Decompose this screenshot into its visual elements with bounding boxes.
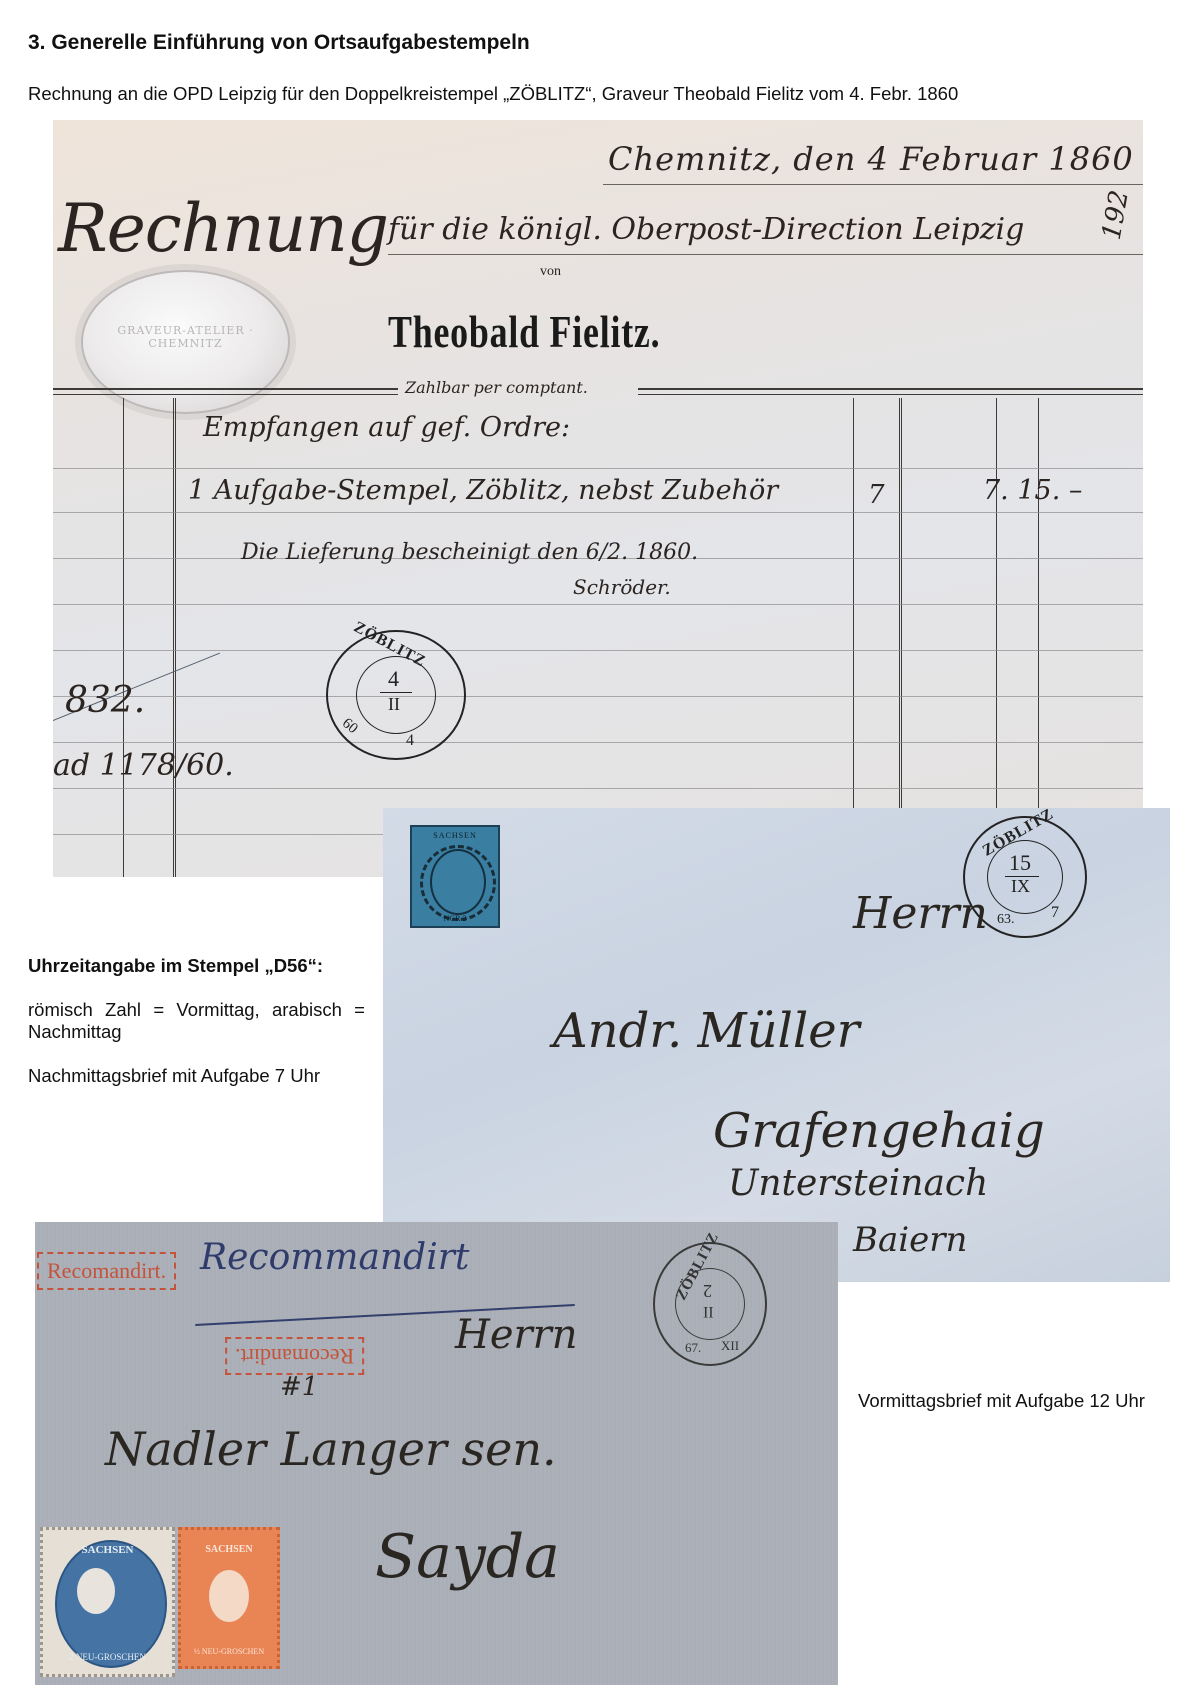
invoice-place-date: Chemnitz, den 4 Februar 1860: [608, 140, 1134, 178]
ledger-column-line: [899, 398, 900, 877]
letter-morning: Recomandirt. Recomandirt. Recommandirt H…: [35, 1222, 838, 1685]
postmark-year: 63.: [997, 912, 1015, 928]
postmark-zoeblitz-1860: ZÖBLITZ 4 II 60 4: [326, 630, 466, 760]
ledger-row-line: [53, 650, 1143, 651]
address-city: Sayda: [375, 1522, 560, 1592]
ledger-row-line: [53, 512, 1143, 513]
stamp-cancellation: [420, 845, 496, 921]
stamp-value: NGR 2: [412, 914, 498, 923]
invoice-recipient: für die königl. Oberpost-Direction Leipz…: [388, 212, 1024, 247]
address-state: Baiern: [853, 1220, 967, 1260]
invoice-signature: Schröder.: [573, 575, 671, 599]
invoice-amount-thaler: 7: [868, 480, 885, 510]
description-rule: römisch Zahl = Vormittag, arabisch = Nac…: [28, 999, 365, 1043]
registered-label-inverted: Recomandirt.: [225, 1337, 364, 1375]
invoice-reference-number: 192: [1097, 188, 1135, 242]
postmark-day: 2: [703, 1280, 712, 1301]
ledger-row-line: [53, 604, 1143, 605]
ledger-column-line: [853, 398, 854, 877]
ledger-column-line: [1038, 398, 1039, 877]
ledger-column-line: [901, 398, 902, 877]
stamp-value: ½ NEU-GROSCHEN: [181, 1647, 277, 1656]
registered-label: Recomandirt.: [37, 1252, 176, 1290]
description-caption: Nachmittagsbrief mit Aufgabe 7 Uhr: [28, 1065, 365, 1087]
stamp-saxony-half-ngr: SACHSEN ½ NEU-GROSCHEN: [178, 1527, 280, 1669]
payable-row: Zahlbar per comptant.: [53, 382, 1143, 398]
postmark-hour: XII: [721, 1338, 739, 1354]
invoice-note-reference: ad 1178/60.: [53, 748, 234, 783]
invoice-from-label: von: [540, 264, 561, 280]
handwritten-mark: #1: [280, 1372, 318, 1402]
address-region: Untersteinach: [728, 1163, 988, 1204]
invoice-document: Chemnitz, den 4 Februar 1860 Rechnung fü…: [53, 120, 1143, 877]
postmark-month: IX: [1011, 876, 1030, 897]
divider: [603, 184, 1143, 185]
ledger-row-line: [53, 468, 1143, 469]
address-salutation: Herrn: [455, 1312, 578, 1358]
handwritten-registered: Recommandirt: [200, 1237, 469, 1278]
ledger-row-line: [53, 788, 1143, 789]
stamp-saxony-2ngr: SACHSEN 2 NEU-GROSCHEN: [40, 1527, 175, 1677]
stamp-crest: [77, 1568, 115, 1614]
invoice-received-line: Empfangen auf gef. Ordre:: [203, 412, 570, 443]
description-left: Uhrzeitangabe im Stempel „D56“: römisch …: [28, 955, 365, 1109]
invoice-firm-name: Theobald Fielitz.: [388, 305, 660, 358]
address-salutation: Herrn: [853, 888, 988, 939]
postmark-month: II: [388, 694, 400, 715]
embossed-seal-text: GRAVEUR-ATELIER · CHEMNITZ: [83, 324, 288, 350]
invoice-item: 1 Aufgabe-Stempel, Zöblitz, nebst Zubehö…: [188, 475, 778, 506]
divider: [638, 388, 1143, 395]
description-right: Vormittagsbrief mit Aufgabe 12 Uhr: [858, 1390, 1173, 1412]
postmark-day: 15: [1009, 850, 1031, 876]
postmark-year: 67.: [685, 1340, 701, 1356]
invoice-amount-groschen: 7. 15. –: [983, 475, 1082, 506]
page-subtitle: Rechnung an die OPD Leipzig für den Dopp…: [28, 83, 958, 105]
stamp-saxony-blue: SACHSEN NGR 2: [410, 825, 500, 928]
postmark-day: 4: [388, 666, 399, 692]
payable-text: Zahlbar per comptant.: [405, 378, 588, 397]
divider: [53, 388, 398, 395]
address-city: Grafengehaig: [713, 1103, 1045, 1159]
invoice-confirmation: Die Lieferung bescheinigt den 6/2. 1860.: [241, 540, 698, 565]
postmark-year: 60: [338, 715, 360, 738]
ledger-column-line: [173, 398, 174, 877]
postmark-month: II: [703, 1302, 714, 1320]
stamp-country: SACHSEN: [181, 1544, 277, 1555]
ledger-column-line: [175, 398, 176, 877]
letter-afternoon: SACHSEN NGR 2 ZÖBLITZ 15 IX 63. 7 Herrn …: [383, 808, 1170, 1282]
description-heading: Uhrzeitangabe im Stempel „D56“:: [28, 955, 365, 977]
stamp-value: 2 NEU-GROSCHEN: [43, 1652, 172, 1662]
ledger-row-line: [53, 742, 1143, 743]
stamp-crest: [209, 1570, 249, 1622]
postmark-zoeblitz-1867: ZÖBLITZ 2 II 67. XII: [653, 1242, 767, 1366]
postmark-hour: 4: [406, 732, 414, 750]
invoice-heading: Rechnung: [58, 190, 388, 267]
address-name: Andr. Müller: [553, 1003, 860, 1059]
page-title: 3. Generelle Einführung von Ortsaufgabes…: [28, 31, 530, 55]
ledger-column-line: [996, 398, 997, 877]
postmark-hour: 7: [1051, 904, 1059, 922]
ledger-row-line: [53, 696, 1143, 697]
postmark-date-divider: [380, 692, 412, 693]
divider: [388, 254, 1143, 255]
ledger-column-line: [123, 398, 124, 877]
stamp-country: SACHSEN: [412, 831, 498, 840]
address-name: Nadler Langer sen.: [105, 1422, 557, 1476]
stamp-country: SACHSEN: [43, 1544, 172, 1556]
invoice-note-number: 832.: [65, 680, 145, 721]
